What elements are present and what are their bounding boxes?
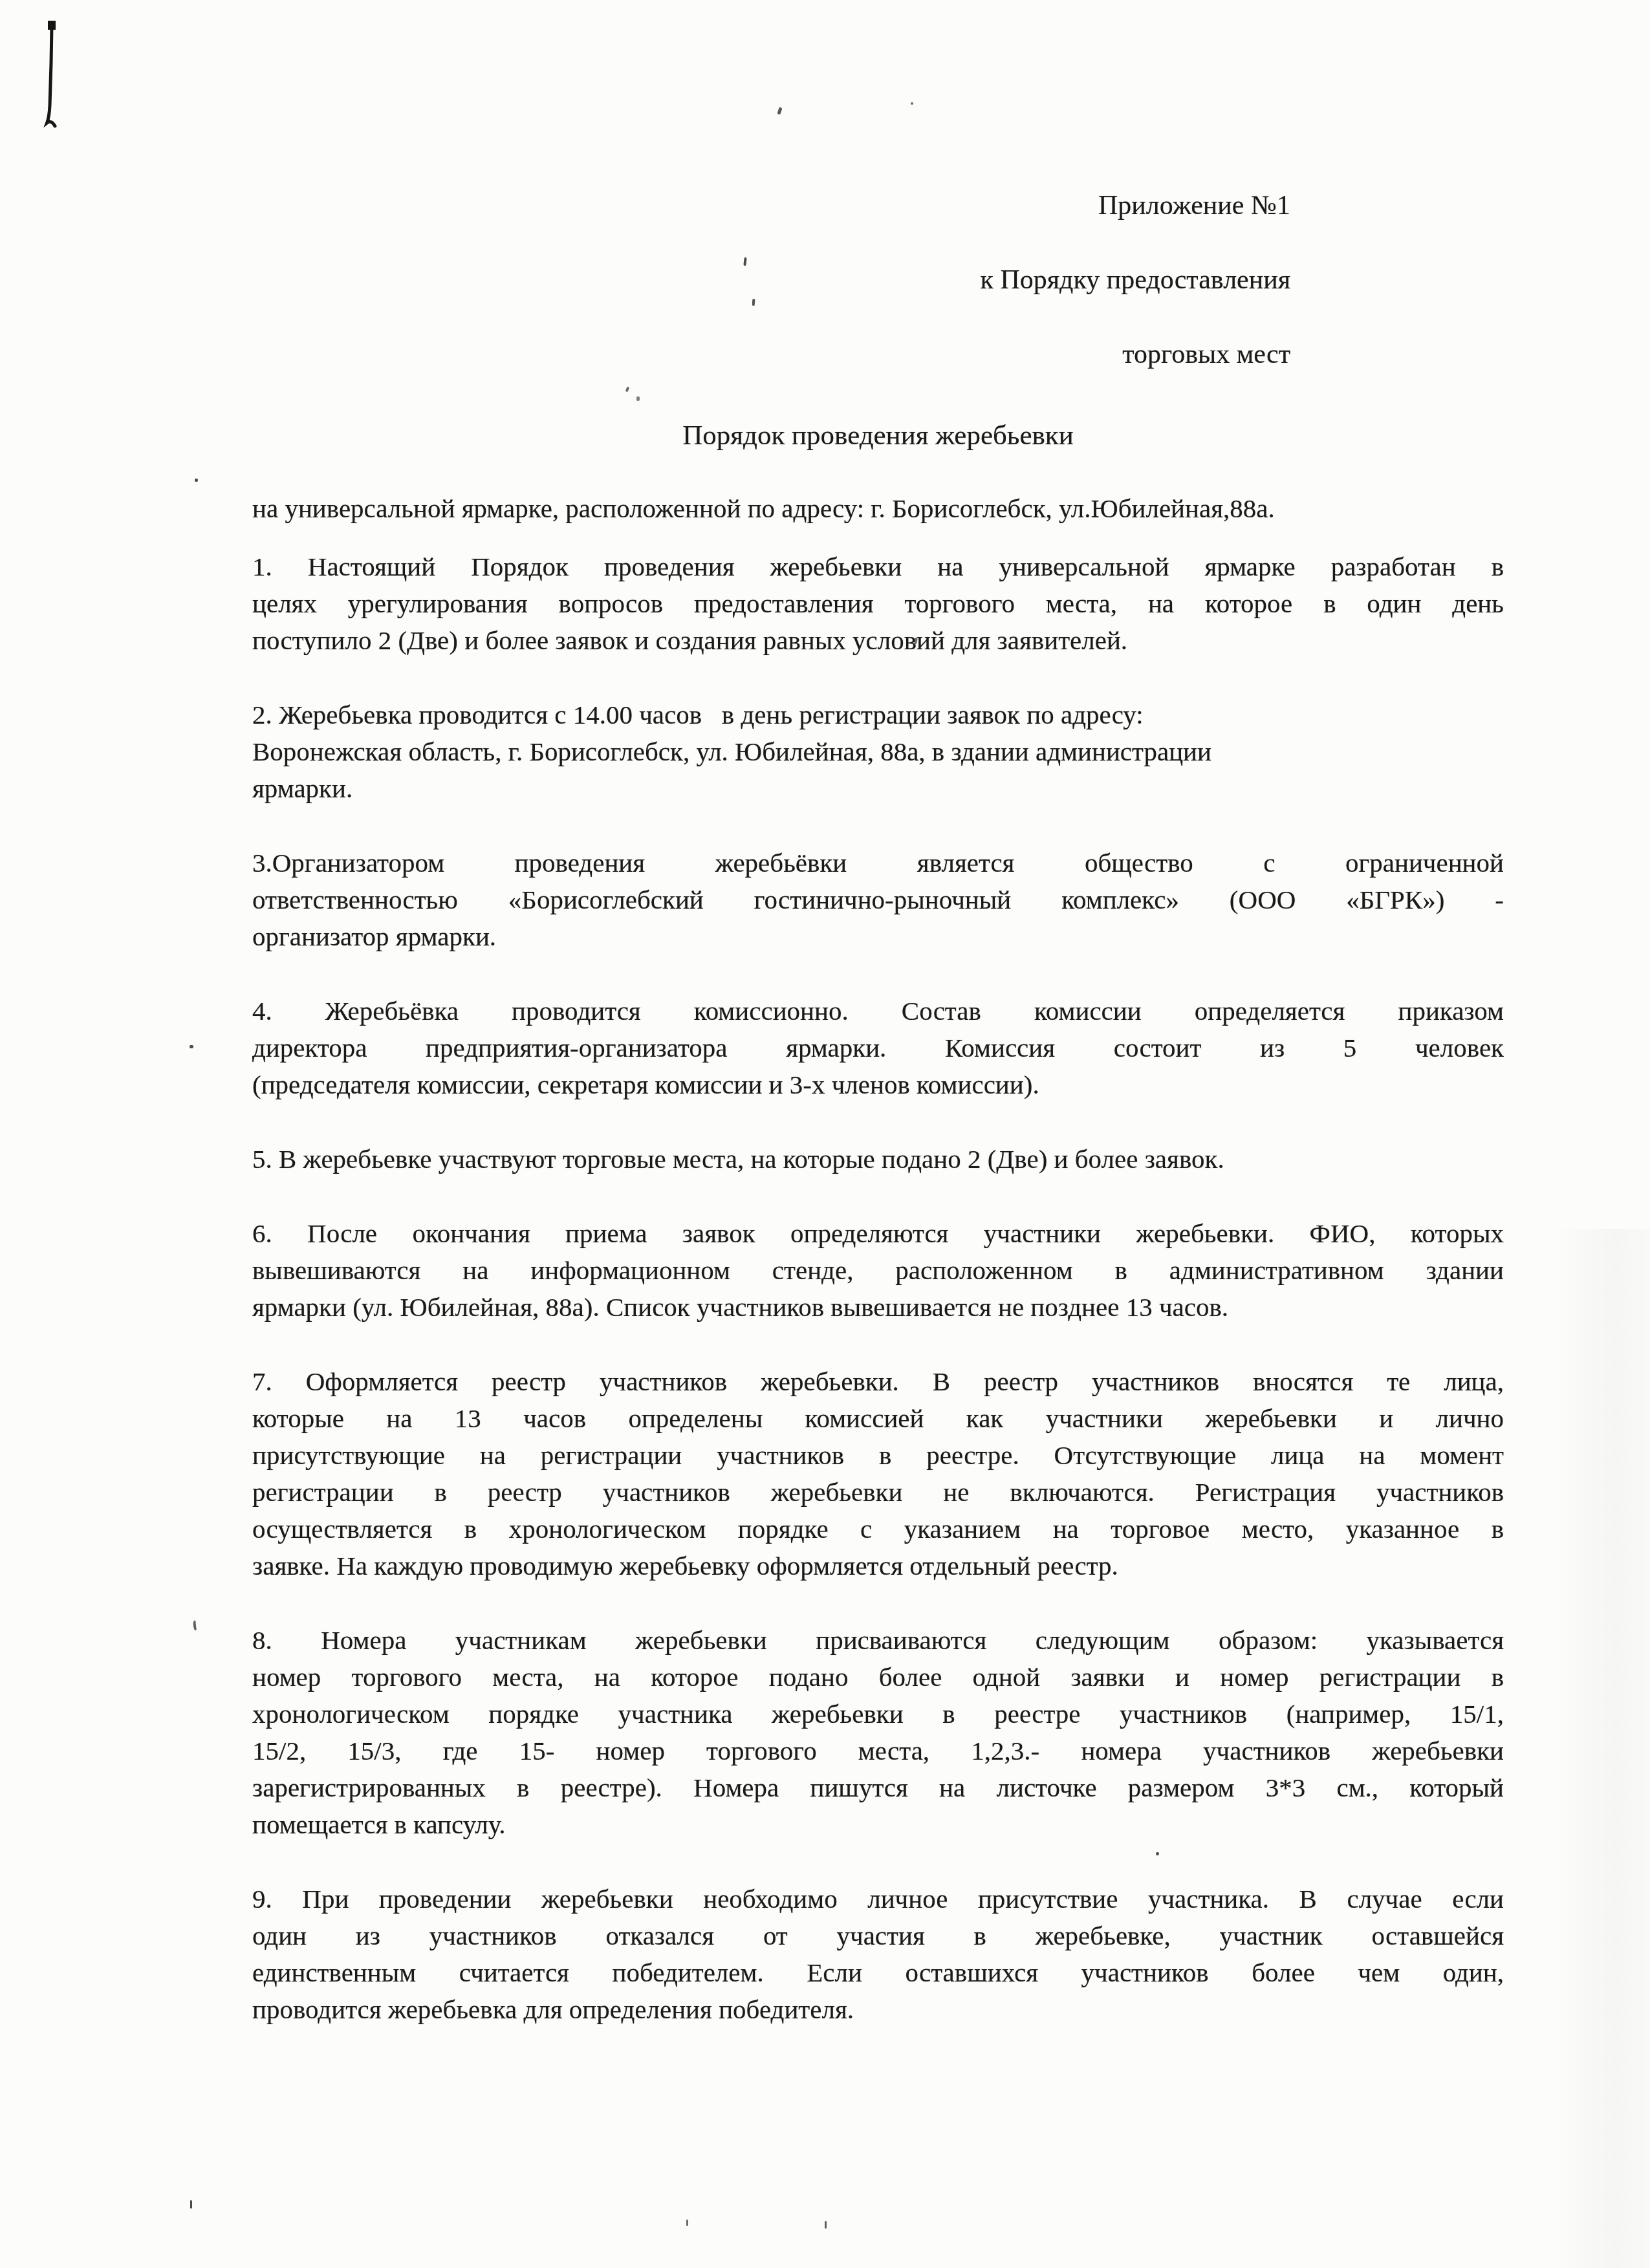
paragraph-line: целях урегулирования вопросов предоставл… bbox=[252, 585, 1504, 622]
paragraph-line: 8. Номера участникам жеребьевки присваив… bbox=[252, 1622, 1504, 1659]
scan-noise-mark bbox=[190, 2200, 192, 2209]
paragraph-line: Воронежская область, г. Борисоглебск, ул… bbox=[252, 733, 1504, 770]
scan-noise-mark bbox=[636, 396, 640, 401]
paragraph: 7. Оформляется реестр участников жеребье… bbox=[252, 1363, 1504, 1584]
paragraph-line: ярмарки (ул. Юбилейная, 88а). Список уча… bbox=[252, 1289, 1504, 1326]
paragraph-line: номер торгового места, на которое подано… bbox=[252, 1659, 1504, 1696]
paragraph-line: поступило 2 (Две) и более заявок и созда… bbox=[252, 622, 1504, 659]
paragraph-line: организатор ярмарки. bbox=[252, 918, 1504, 955]
scan-noise-mark bbox=[1156, 1852, 1159, 1855]
paragraph-line: ярмарки. bbox=[252, 770, 1504, 807]
paragraph-line: регистрации в реестр участников жеребьев… bbox=[252, 1474, 1504, 1511]
paragraph: 9. При проведении жеребьевки необходимо … bbox=[252, 1881, 1504, 2028]
paragraph: 1. Настоящий Порядок проведения жеребьев… bbox=[252, 548, 1504, 659]
scan-noise-mark bbox=[686, 2219, 688, 2226]
paragraph-line: один из участников отказался от участия … bbox=[252, 1917, 1504, 1954]
paragraph: 2. Жеребьевка проводится с 14.00 часов в… bbox=[252, 697, 1504, 807]
paragraph-line: 1. Настоящий Порядок проведения жеребьев… bbox=[252, 548, 1504, 585]
paragraph-line: 5. В жеребьевке участвуют торговые места… bbox=[252, 1141, 1504, 1178]
scan-noise-mark bbox=[911, 102, 913, 105]
scanned-document-page: Приложение №1 к Порядку предоставления т… bbox=[0, 0, 1650, 2268]
paragraph-line: 6. После окончания приема заявок определ… bbox=[252, 1215, 1504, 1252]
paragraph-line: заявке. На каждую проводимую жеребьевку … bbox=[252, 1548, 1504, 1584]
paragraph: 8. Номера участникам жеребьевки присваив… bbox=[252, 1622, 1504, 1843]
scan-noise-mark bbox=[825, 2221, 827, 2229]
scan-noise-mark bbox=[752, 299, 755, 306]
paragraph-line: (председателя комиссии, секретаря комисс… bbox=[252, 1066, 1504, 1103]
paragraph: 5. В жеребьевке участвуют торговые места… bbox=[252, 1141, 1504, 1178]
paragraph-line: 15/2, 15/3, где 15- номер торгового мест… bbox=[252, 1733, 1504, 1769]
paragraph-line: 9. При проведении жеребьевки необходимо … bbox=[252, 1881, 1504, 1917]
scan-noise-mark bbox=[195, 479, 198, 482]
paragraph: 3.Организатором проведения жеребьёвки яв… bbox=[252, 845, 1504, 955]
document-intro-line: на универсальной ярмарке, расположенной … bbox=[252, 490, 1504, 527]
paragraph-line: хронологическом порядке участника жеребь… bbox=[252, 1696, 1504, 1733]
paragraph-line: присутствующие на регистрации участников… bbox=[252, 1437, 1504, 1474]
paragraph: 4. Жеребьёвка проводится комиссионно. Со… bbox=[252, 993, 1504, 1103]
paragraph-line: помещается в капсулу. bbox=[252, 1806, 1504, 1843]
paragraph-line: 2. Жеребьевка проводится с 14.00 часов в… bbox=[252, 697, 1504, 733]
document-title: Порядок проведения жеребьевки bbox=[252, 417, 1504, 454]
scan-noise-mark bbox=[190, 1045, 193, 1048]
document-content: Порядок проведения жеребьевки на универс… bbox=[252, 0, 1504, 2066]
paragraph-line: 3.Организатором проведения жеребьёвки яв… bbox=[252, 845, 1504, 881]
paragraph-line: ответственностью «Борисоглебский гостини… bbox=[252, 881, 1504, 918]
scan-edge-shadow bbox=[1553, 1229, 1650, 2268]
scan-artifact-pen-stroke bbox=[41, 18, 70, 138]
document-body: 1. Настоящий Порядок проведения жеребьев… bbox=[252, 548, 1504, 2028]
scan-noise-mark bbox=[193, 1621, 197, 1630]
paragraph-line: вывешиваются на информационном стенде, р… bbox=[252, 1252, 1504, 1289]
paragraph-line: директора предприятия-организатора ярмар… bbox=[252, 1030, 1504, 1066]
paragraph-line: единственным считается победителем. Если… bbox=[252, 1954, 1504, 1991]
paragraph: 6. После окончания приема заявок определ… bbox=[252, 1215, 1504, 1326]
paragraph-line: 4. Жеребьёвка проводится комиссионно. Со… bbox=[252, 993, 1504, 1030]
paragraph-line: зарегистрированных в реестре). Номера пи… bbox=[252, 1769, 1504, 1806]
paragraph-line: осуществляется в хронологическом порядке… bbox=[252, 1511, 1504, 1548]
paragraph-line: которые на 13 часов определены комиссией… bbox=[252, 1400, 1504, 1437]
paragraph-line: 7. Оформляется реестр участников жеребье… bbox=[252, 1363, 1504, 1400]
paragraph-line: проводится жеребьевка для определения по… bbox=[252, 1991, 1504, 2028]
